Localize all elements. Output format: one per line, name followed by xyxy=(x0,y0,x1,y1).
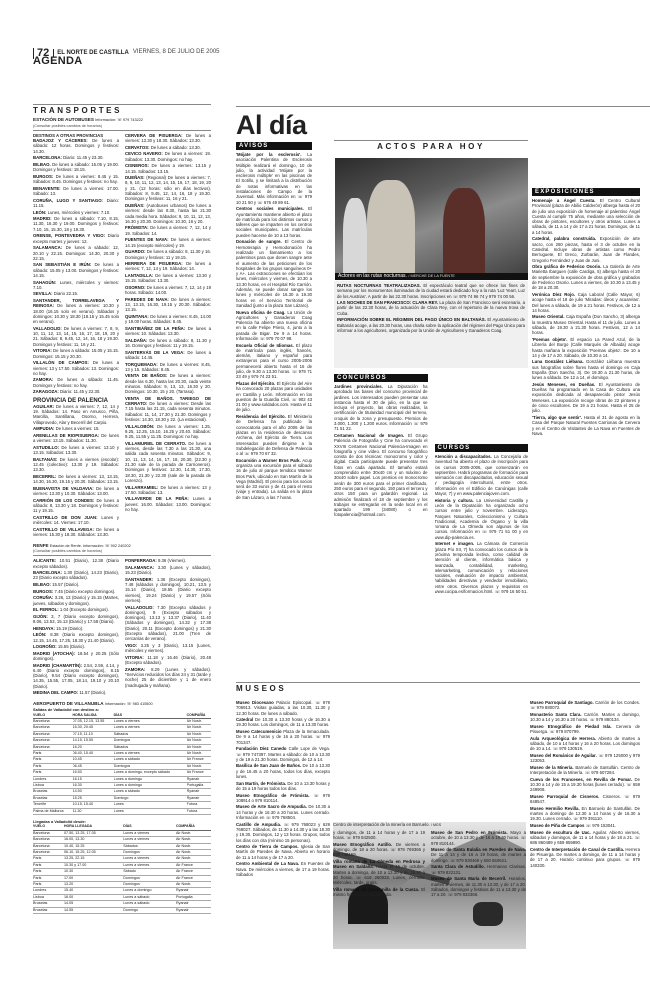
actos-photo: Actores en las rutas nocturnas. / MERCHE… xyxy=(335,158,528,280)
museo-item-title: Museo Etnográfico de Piedad Isla. xyxy=(530,724,612,729)
aviso-item-title: Nueva oficina de Coag. xyxy=(236,310,285,315)
bus-destination: VILLALOBÓN: De lunes a viernes: 1.25, 9.… xyxy=(125,424,211,440)
aviso-item-text: El plazo de matrícula para inglés, franc… xyxy=(236,343,312,380)
train-destination: SANTANDER: 1.36 (Excepto domingos), 7.48… xyxy=(125,577,211,603)
bus-destination: SALDAÑA: De lunes a sábado: 8, 11.30 y 1… xyxy=(125,338,211,349)
aviso-item: Plazas del Ejército. El Ejército del Air… xyxy=(236,381,312,413)
museo-item: Catedral De 10.30 a 13.30 horas y de 16.… xyxy=(236,717,330,728)
bus-destination: BUENAVISTA DE VALDAVIA: De lunes a viern… xyxy=(33,486,119,497)
train-destination-text: 11.57 (Diario). xyxy=(78,690,106,695)
bus-destination-title: SEVILLA: xyxy=(33,291,53,296)
museo-item-title: Fundación Díez Canedo xyxy=(236,746,287,751)
bus-destination-title: BARCELONA: xyxy=(33,155,62,160)
concurso-item: Certamen Nacional de Imagen. El Grupo Pa… xyxy=(334,433,428,518)
renfe-destinations: ALICANTE: 10.51 (Diario), 12.38 (Diario … xyxy=(33,558,211,697)
bus-list-palencia: AGUILAR: De lunes a viernes: 7, 12, 14 y… xyxy=(33,404,119,538)
bus-destination: ARENILLAS DE RIOPISUERGA: De lunes a vie… xyxy=(33,433,119,444)
exposiciones-section: EXPOSICIONES Homenaje a Ángel Cuesta. El… xyxy=(532,142,640,657)
bus-destination-title: PAREDES DE NAVA: xyxy=(125,297,169,302)
photo-figure-child xyxy=(343,198,367,280)
train-destination-title: LOGROÑO: xyxy=(33,644,57,649)
museo-item-title: Museo de San Pedro en Frómista. xyxy=(431,830,508,835)
bus-destination-title: BALTANÁS: xyxy=(33,457,57,462)
aviso-item-text: El Ejército del Aire ha convocado 20 pla… xyxy=(236,381,312,412)
bus-destination-title: GUARDO: xyxy=(125,249,146,254)
table-cell: Ryanair xyxy=(176,907,211,913)
museos-section: MUSEOS xyxy=(236,682,640,691)
bus-destination: BECERRIL: De lunes a viernes: 13, 13.15,… xyxy=(33,474,119,485)
train-destination-title: VITORIA: xyxy=(125,655,144,660)
caption-text: Actores en las rutas nocturnas. xyxy=(338,273,407,279)
bus-destination-title: BILBAO. xyxy=(33,162,51,167)
train-destination: VITORIA: 11.18 y 16.46 (Diario), 20.48 (… xyxy=(125,655,211,666)
museo-item: Museo de Piña de Campos ☏ 979 153041. xyxy=(530,823,640,828)
aviso-item: Donación de sangre. El Centro de Hemoter… xyxy=(236,239,312,308)
curso-item-text: La Concejalía de Juventud ha abierto el … xyxy=(435,454,529,496)
bus-destination-title: QUINTANA: xyxy=(125,314,149,319)
museo-item-title: Museo Diocesano xyxy=(236,700,274,705)
exposicion-item: 'Tierra, algo que sentir'. Hasta el 31 d… xyxy=(532,415,640,436)
bus-destination: VENTA DE BAÑOS. TARIEGO DE CERRATO: De l… xyxy=(125,396,211,422)
museos-col-3: Museo de San Pedro en Frómista. Mayo a o… xyxy=(431,830,526,970)
museo-item-title: Museo Parroquial de Cisneros. xyxy=(530,794,599,799)
bus-destination: GUARDO: De lunes a sábado: 8, 11.30 y 16… xyxy=(125,249,211,260)
train-destination-title: ALICANTE: xyxy=(33,558,56,563)
bus-destination-title: BENAVENTE: xyxy=(33,186,61,191)
bus-destination-title: BADAJOZ Y CÁCERES: xyxy=(33,138,88,143)
exposicion-item-title: Homenaje a Ángel Cuesta. xyxy=(532,198,595,203)
caption-text: Centro de interpretación de la minería e… xyxy=(333,822,430,827)
museo-item: Centro de Interpretación de Canal de Cas… xyxy=(530,847,640,868)
aviso-item: Nueva oficina de Coag. La Unión de Agric… xyxy=(236,310,312,342)
aviso-item-title: Centros sociales municipales. xyxy=(236,206,304,211)
bus-destination: SALAMANCA: De lunes a sábado: 12, 20.10 … xyxy=(33,245,119,261)
concurso-item-text: El Grupo Palencia de Fotografía y Cine h… xyxy=(334,433,428,517)
museo-item-text: ☏ 979 153041. xyxy=(584,823,616,828)
bus-destination-title: ORENSE, PONTEVEDRA Y VIGO: xyxy=(33,233,105,238)
aviso-item: 'Mójate por la esclerosis'. La asociació… xyxy=(236,152,312,205)
bus-destination-title: BUENAVISTA DE VALDAVIA: xyxy=(33,486,94,491)
curso-item-title: Atención a discapacitados. xyxy=(435,454,492,459)
train-destination: VIGO: 3.25 y 3 (Diario), 13.15 (Lunes, m… xyxy=(125,643,211,654)
bus-destination: DUEÑAS: (Regional) De lunes a viernes: 7… xyxy=(125,175,211,201)
table-cell: Futura xyxy=(187,808,211,814)
arrival-row: Bruselas14.55DomingoRyanair xyxy=(33,907,211,913)
train-destination-title: ZAMORA: xyxy=(125,667,145,672)
bus-destination-title: HERRERA DE PISUERGA: xyxy=(125,261,183,266)
museo-item-title: Centro Ambiental de La Nava. xyxy=(236,861,299,866)
bus-destination: QUINTANA: De lunes a viernes: 8.45, 14.0… xyxy=(125,314,211,325)
bus-destination-title: BECERRIL: xyxy=(33,474,56,479)
bus-destination-text: Lunes, miércoles y viernes: 7.10. xyxy=(46,210,110,215)
museo-item: Centro de Tierra de Campos. Iglesia de S… xyxy=(236,844,330,860)
aviso-item-title: Residencia del Ejército. xyxy=(236,414,286,419)
bus-destination: HERRERA DE PISUERGA: De lunes a viernes:… xyxy=(125,261,211,272)
bus-destination-title: SALAMANCA: xyxy=(33,245,62,250)
bus-list-provinces: BADAJOZ Y CÁCERES: De lunes a sábado: 12… xyxy=(33,138,119,394)
train-destination: CORUÑA: 3.26, 13 (Diario) y 15.15 (Marte… xyxy=(33,595,119,606)
bus-destination-title: VILLARRAMIEL: xyxy=(125,485,158,490)
bus-destination: ASTUDILLO: De lunes a viernes: 13.10 y 1… xyxy=(33,445,119,456)
train-destination-title: LEÓN: xyxy=(33,632,46,637)
bus-destination: VITORIA: De lunes a sábado: 15.05 y 15.1… xyxy=(33,348,119,359)
bus-destination: TORQUEMADA: De lunes a viernes: 8.45, 13… xyxy=(125,362,211,373)
train-destination-title: SANTANDER: xyxy=(125,577,153,582)
bus-destination: CASTRILLO DE VILLAVEGA: De lunes a viern… xyxy=(33,527,119,538)
bus-destination: DUEÑAS: (Autobuses urbanos) De lunes a v… xyxy=(125,203,211,224)
museos-col-4: Museo Parroquial de Santiago. Carrión de… xyxy=(530,700,640,972)
renfe-col-2: PONFERRADA: 9.36 (Viernes).SALAMANCA: 3.… xyxy=(125,558,211,697)
bus-destination-title: CASTRILLO DE VILLAVEGA: xyxy=(33,527,94,532)
bus-destination: CARRIÓN DE LOS CONDES: De lunes a sábado… xyxy=(33,498,119,514)
concurso-item-text: La Diputación ha aprobado las bases del … xyxy=(334,384,428,431)
bus-col-2: CERVERA DE PISUERGA: De lunes a viernes:… xyxy=(125,133,211,539)
train-destination: BILBAO: 15.57 (Diario). xyxy=(33,582,119,587)
train-destination-title: CORUÑA: xyxy=(33,595,53,600)
curso-item-title: Internet e imagen. xyxy=(435,541,475,546)
train-destination-title: MADRID (CHAMARTÍN): xyxy=(33,663,82,668)
bus-destination-title: VITORIA: xyxy=(33,348,52,353)
bus-destination-title: SANTERVÁS DE LA VEGA: xyxy=(125,350,185,355)
train-destination-title: BILBAO: xyxy=(33,582,51,587)
actos-heading: ACTOS PARA HOY xyxy=(334,144,528,149)
museo-item-title: Museo de la Minería. xyxy=(530,765,574,770)
table-cell: 11.30 xyxy=(73,808,114,814)
museo-item-title: Villa romana de Quintanilla de la Cueza. xyxy=(333,887,419,892)
bus-destination: SAN SEBASTIÁN E IRÚN: De lunes a sábado:… xyxy=(33,262,119,278)
museo-item-title: Museo Etnográfico Autillo. xyxy=(333,842,392,847)
bus-destination-title: AGUILAR: xyxy=(33,404,54,409)
exposicion-item-text: El Ayuntamiento de Dueñas ha programado … xyxy=(532,382,640,413)
acto-item-title: INFORMACIÓN SOBRE EL RÉGIMEN DEL PAGO ÚN… xyxy=(337,317,486,322)
museo-item-text: y domingos, de 11 a 14 horas y de 17 a 1… xyxy=(333,830,425,840)
museo-item: Museo de Santa María de Becerril. Horari… xyxy=(431,876,526,897)
exposicion-item-title: Obra gráfica de Federico Osorio. xyxy=(532,264,601,269)
museos-col-2: y domingos, de 11 a 14 horas y de 17 a 1… xyxy=(333,830,425,970)
acto-item: RUTAS NOCTURNAS TEATRALIZADAS. El espect… xyxy=(337,283,525,299)
bus-destination-title: SAN SEBASTIÁN E IRÚN: xyxy=(33,262,91,267)
exposicion-item: Museo Oriental. Caja España (Don Sancho,… xyxy=(532,314,640,335)
train-destination: HENDAYA: 15.19 (Diario). xyxy=(33,626,119,631)
bus-destination: CISNEROS: De lunes a viernes: 13.15 y 14… xyxy=(125,163,211,174)
bus-destination: VILLAMURIEL DE CERRATO. De lunes a viern… xyxy=(125,441,211,483)
bus-destination: CERVATOS: De lunes a sábado: 13.30. xyxy=(125,145,211,150)
bus-destination: OSORNO: De lunes a viernes: 7, 12, 14 y … xyxy=(125,285,211,296)
curso-item-text: La Cámara de Comercio (plaza Pío XII, 7)… xyxy=(435,541,529,594)
bus-destination: SANTERVÁS DE LA VEGA: De lunes a sábado:… xyxy=(125,350,211,361)
bus-destination-title: SANTIBÁÑEZ DE LA PEÑA: xyxy=(125,326,185,331)
bus-destination-title: VILLALÓN DE CAMPOS: xyxy=(33,360,89,365)
cursos-list: Atención a discapacitados. La Concejalía… xyxy=(435,454,529,644)
bus-destination: BURGOS: De lunes a viernes: 8.45 y 15. S… xyxy=(33,174,119,185)
bus-destination-title: MADRID: xyxy=(33,216,52,221)
museo-item-title: Museo Hermilio Revilla. xyxy=(530,806,580,811)
train-destination: LEÓN: 8.38 (Diario excepto domingos), 12… xyxy=(33,632,119,643)
renfe-title: RENFE xyxy=(33,543,49,548)
train-destination: SALAMANCA: 3.30 (Lunes y sábados), 15.23… xyxy=(125,565,211,576)
bus-destination-title: CEVICO NAVERO: xyxy=(125,151,163,156)
cursos-col: CURSOS Atención a discapacitados. La Con… xyxy=(435,374,529,644)
bus-destination: BALTANÁS: De lunes a viernes (escolar): … xyxy=(33,457,119,473)
bus-destination: LANTADILLA: De lunes a viernes: 13.30 y … xyxy=(125,273,211,284)
museo-item-title: Museo de escultura de Uac. xyxy=(530,830,591,835)
bus-destination-title: DUEÑAS: xyxy=(125,203,145,208)
aviso-item: Residencia del Ejército. El Ministerio d… xyxy=(236,414,312,456)
museo-item-text: De 11 a 14 y de 16 a 19 horas, de martes… xyxy=(431,852,526,862)
bus-destination-title: VILLAMURIEL DE CERRATO. xyxy=(125,441,186,446)
bus-destination-title: ASTUDILLO: xyxy=(33,445,59,450)
bus-destination: CORUÑA, LUGO Y SANTIAGO: Diario: 11.15. xyxy=(33,198,119,209)
bus-destination: BADAJOZ Y CÁCERES: De lunes a sábado: 12… xyxy=(33,138,119,154)
train-destination-text: 15.55 (Diario). xyxy=(57,644,85,649)
train-destination-title: MEDINA DEL CAMPO: xyxy=(33,690,78,695)
bus-destination: VILLALÓN DE CAMPOS: De lunes a viernes: … xyxy=(33,360,119,376)
train-destination-text: 1.04 (Excepto domingos). xyxy=(59,607,109,612)
avisos-heading: AVISOS xyxy=(236,142,312,150)
bus-destination-title: ZAMORA: xyxy=(33,377,53,382)
museo-item-title: Monasterio Santa Clara. xyxy=(530,712,582,717)
curso-item-title: Historia y cultura. xyxy=(435,498,474,503)
museo-item: Museo de la Minería. Barruelo de Santull… xyxy=(530,765,640,776)
al-dia-rule xyxy=(236,106,650,107)
exposicion-item: Luna González Liébana. González Liébana … xyxy=(532,359,640,380)
concursos-col: CONCURSOS Jardines provinciales. La Dipu… xyxy=(334,374,428,644)
museos-photo-caption: Centro de interpretación de la minería e… xyxy=(333,822,526,828)
bus-destination-text: De lunes a viernes, desde las 7.30 a las… xyxy=(125,441,211,483)
museo-item: Museo de Arte Sacro de Ampudia. De 10.30… xyxy=(236,804,330,820)
exposicion-item: 'Poemas objeto'. El espacio La Pared Azu… xyxy=(532,337,640,358)
museos-heading: MUSEOS xyxy=(236,686,640,691)
museo-item-title: Catedral xyxy=(236,717,253,722)
train-destination-title: MADRID (ATOCHA): xyxy=(33,651,75,656)
bus-destination: LEÓN: Lunes, miércoles y viernes: 7.10. xyxy=(33,210,119,215)
museo-item-title: Castillo de Ampudia. xyxy=(236,822,281,827)
bus-destination: VILLAVERDE DE LA PEÑA: Lunes a jueves: 1… xyxy=(125,496,211,512)
bus-destination: VALLADOLID: De lunes a viernes: 7, 8, 9,… xyxy=(33,326,119,347)
museo-item: Museo Hermilio Revilla. En Barruelo de S… xyxy=(530,806,640,822)
curso-item: Atención a discapacitados. La Concejalía… xyxy=(435,454,529,496)
museos-col-1: Museo Diocesano Palacio Episcopal. ☏ 979… xyxy=(236,700,330,972)
museo-item-title: Santa Clara de Astudillo. xyxy=(431,864,485,869)
museo-item: Museo Etnográfico de Piedad Isla. Cerver… xyxy=(530,724,640,735)
aviso-item: Escuela Oficial de Idiomas. El plazo de … xyxy=(236,343,312,380)
aviso-item: Excursión a Warner Bros Park. Acup organ… xyxy=(236,458,312,500)
train-destination: VALLADOLID: 7.30 (Excepto sábados y domi… xyxy=(125,605,211,642)
photo-credit: / MGS xyxy=(431,823,441,827)
bus-destination: PAREDES DE NAVA: De lunes a viernes: 13,… xyxy=(125,297,211,313)
bus-destination-title: CERVERA DE PISUERGA: xyxy=(125,133,183,138)
concurso-item-title: Jardines provinciales. xyxy=(334,384,383,389)
museo-item: Centro Ambiental de La Nava. En Fuentes … xyxy=(236,861,330,877)
actos-photo-caption: Actores en las rutas nocturnas. / MERCHE… xyxy=(335,273,528,280)
train-destination: PONFERRADA: 9.36 (Viernes). xyxy=(125,558,211,563)
bus-destination: FUENTES DE NAVA: De lunes a viernes: 14.… xyxy=(125,237,211,248)
departure-row: Palma de Mallorca11.30LunesFutura xyxy=(33,808,211,814)
museo-item-title: Cueva de los Franceses, en Revilla de Po… xyxy=(530,777,632,782)
train-destination: MADRID (CHAMARTÍN): 2.54, 2.59, 4.14, y … xyxy=(33,663,119,689)
train-destination-title: VALLADOLID: xyxy=(125,605,154,610)
train-destination: ZAMORA: 8.29 (Lunes y sábados). *Servici… xyxy=(125,667,211,688)
museo-item: Cueva de los Franceses, en Revilla de Po… xyxy=(530,777,640,793)
avisos-list: 'Mójate por la esclerosis'. La asociació… xyxy=(236,152,312,500)
exposicion-item-title: 'Poemas objeto'. xyxy=(532,337,568,342)
train-destination: GIJÓN: 3, 7 (Diario excepto domingos), 8… xyxy=(33,614,119,625)
exposicion-item-title: Jesús Meneses, en Dueñas. xyxy=(532,382,595,387)
museo-item-title: San Martín, de Frómista. xyxy=(236,781,286,786)
renfe-col-1: ALICANTE: 10.51 (Diario), 12.38 (Diario … xyxy=(33,558,119,697)
table-cell: Domingo xyxy=(123,907,176,913)
section-title: AGENDA xyxy=(33,59,82,64)
al-dia-title: Al día xyxy=(236,110,307,140)
train-destination-text: 7.45 (Diario excepto domingos). xyxy=(53,589,115,594)
bus-destination-title: TORQUEMADA: xyxy=(125,362,158,367)
exposicion-item-title: Luna González Liébana. xyxy=(532,359,584,364)
exposiciones-heading: EXPOSICIONES xyxy=(532,188,640,196)
train-destination: ALICANTE: 10.51 (Diario), 12.38 (Diario … xyxy=(33,558,119,569)
museo-item-title: Museo de Santa María de Becerril. xyxy=(431,876,506,881)
museo-item: Museo de San Pedro en Frómista. Mayo a o… xyxy=(431,830,526,846)
train-destination-title: SALAMANCA: xyxy=(125,565,154,570)
bus-destination-text: De lunes a sábado: 13.30. xyxy=(150,145,201,150)
bus-destination: SANTANDER, TORRELAVEGA Y REINOSA: De lun… xyxy=(33,298,119,324)
bus-station-info: Información: ☏ 979 743222 xyxy=(95,118,143,122)
bus-destination: SEVILLA: Diario 22.15. xyxy=(33,291,119,296)
museo-item: Museo Parroquial de Santiago. Carrión de… xyxy=(530,700,640,711)
acto-item-title: LAS NOCHES DE SAN FRANCISCO: CLARA REY. xyxy=(337,300,438,305)
bus-col-1: DESTINOS A OTRAS PROVINCIAS BADAJOZ Y CÁ… xyxy=(33,133,119,539)
museo-item: Monasterio Santa Clara. Carrión. Martes … xyxy=(530,712,640,723)
exposicion-item: Catedral, palabra construida. Exposición… xyxy=(532,236,640,262)
train-destination-text: 7.30 (Excepto sábados y domingos), 9 (Ex… xyxy=(125,605,211,642)
actos-list: RUTAS NOCTURNAS TEATRALIZADAS. El espect… xyxy=(334,281,528,368)
museo-item-title: Museo Parroquial de Santiago. xyxy=(530,700,594,705)
airport-title: AEROPUERTO DE VILLANUBLA xyxy=(33,701,104,706)
aviso-item-title: Escuela Oficial de Idiomas. xyxy=(236,343,294,348)
exposicion-item: Verónica Díez Rojo. Caja Laboral (Calle … xyxy=(532,292,640,313)
bus-destination: VENTA DE BAÑOS: De lunes a viernes: desd… xyxy=(125,373,211,394)
airport-info: Información: ☏ 983 415500 xyxy=(105,702,153,706)
bus-station-title: ESTACIÓN DE AUTOBUSES xyxy=(33,117,94,122)
bus-destinations: DESTINOS A OTRAS PROVINCIAS BADAJOZ Y CÁ… xyxy=(33,133,211,539)
museo-item-title: Museo Etnográfico de Frómista. xyxy=(236,793,310,798)
renfe-info: Estación de Renfe. Información: ☏ 902 24… xyxy=(50,544,131,548)
train-destination-text: 3.25 y 3 (Diario), 13.15 (Lunes, miércol… xyxy=(125,643,211,653)
bus-destination-title: VALLADOLID: xyxy=(33,326,62,331)
cursos-continued xyxy=(532,142,640,188)
bus-destination-text: De lunes a viernes: 15. xyxy=(54,426,99,431)
bus-destination: FRÓMISTA: De lunes a viernes: 7, 12, 14 … xyxy=(125,225,211,236)
departures-table: VUELOHORA SALIDADÍASCOMPAÑÍA Barcelona07… xyxy=(33,713,211,816)
aviso-item-text: El Ayuntamiento mantiene abierto el plaz… xyxy=(236,206,312,237)
exposicion-item: Jesús Meneses, en Dueñas. El Ayuntamient… xyxy=(532,382,640,414)
aviso-item-text: La asociación Palentina de Esclerosis Mú… xyxy=(236,152,312,205)
exposicion-item-title: 'Tierra, algo que sentir'. xyxy=(532,415,582,420)
bus-destination-title: CASTRILLO DE DON JUAN: xyxy=(33,515,98,520)
train-destination-title: BURGOS: xyxy=(33,589,53,594)
train-destination-text: 9.36 (Viernes). xyxy=(157,558,186,563)
aviso-item-text: Acup organiza una excursión para el sába… xyxy=(236,458,312,500)
train-destination-title: VIGO: xyxy=(125,643,137,648)
bus-destination-title: FUENTES DE NAVA: xyxy=(125,237,169,242)
exposicion-item: Obra gráfica de Federico Osorio. La Gale… xyxy=(532,264,640,290)
exposiciones-list: Homenaje a Ángel Cuesta. El Centro Cultu… xyxy=(532,198,640,436)
table-cell: Lunes xyxy=(114,808,187,814)
bus-destination: BILBAO. De lunes a sábado: 15.05 y 19.00… xyxy=(33,162,119,173)
museo-item: Museo Parroquial de Cisneros. Cisneros. … xyxy=(530,794,640,805)
museo-item-title: Basílica de San Juan de Baños. xyxy=(236,763,301,768)
train-destination-text: 15.19 (Diario). xyxy=(55,626,83,631)
train-destination-text: 8.38 (Diario excepto domingos), 12.15, 1… xyxy=(33,632,119,642)
museo-item: Basílica de San Juan de Baños. De 10 a 1… xyxy=(236,763,330,779)
museo-item: San Martín, de Frómista. De 10 a 13.30 h… xyxy=(236,781,330,792)
aviso-item-title: Excursión a Warner Bros Park. xyxy=(236,458,301,463)
bus-destination-title: AMPUDIA: xyxy=(33,426,54,431)
museo-item: Castillo de Ampudia. ☏ 979 768023 y 629 … xyxy=(236,822,330,843)
curso-item: Internet e imagen. La Cámara de Comercio… xyxy=(435,541,529,594)
aviso-item-text: La Unión de Agricultores y Ganaderos Coa… xyxy=(236,310,312,341)
actos-section: ACTOS PARA HOY xyxy=(334,140,528,149)
museo-item-title: Centro de Interpretación de Canal de Cas… xyxy=(530,847,624,852)
museo-item: Santa Clara de Astudillo. Hermanas Clari… xyxy=(431,864,526,875)
table-cell: Bruselas xyxy=(33,907,64,913)
museo-item: Fundación Díez Canedo Calle Lope de Vega… xyxy=(236,746,330,762)
museo-item-title: Museo de Arte Sacro de Ampudia. xyxy=(236,804,307,809)
museo-item: Aula Arqueológica de Herrera. Abierto de… xyxy=(530,736,640,752)
bus-destination: CASTRILLO DE DON JUAN: Lunes y miércoles… xyxy=(33,515,119,526)
museo-item-title: Centro de Tierra de Campos. xyxy=(236,844,299,849)
avisos-section: AVISOS 'Mójate por la esclerosis'. La as… xyxy=(236,142,312,657)
bus-destination: MADRID: De lunes a sábado: 7.10, 8.15, 1… xyxy=(33,216,119,232)
photo-figure-man xyxy=(443,188,485,280)
train-destination-title: EL FERROL: xyxy=(33,607,59,612)
bus-destination-text: Diario: 11.45 y 22.30. xyxy=(59,389,101,394)
bus-destination-title: ZARAGOZA: xyxy=(33,389,59,394)
table-cell: 14.55 xyxy=(64,907,123,913)
bus-destination-title: LANTADILLA: xyxy=(125,273,153,278)
train-destination-title: HENDAYA: xyxy=(33,626,55,631)
exposicion-item-text: El Centro Cultural Provincial (plaza de … xyxy=(532,198,640,235)
bus-station-note: (Consultar posibles cambios de horarios) xyxy=(33,124,211,131)
bus-destination-title: ARENILLAS DE RIOPISUERGA: xyxy=(33,433,99,438)
bus-destination: SANTIBÁÑEZ DE LA PEÑA: De lunes a vierne… xyxy=(125,326,211,337)
renfe-note: (Consultar posibles cambios de horarios) xyxy=(33,549,211,556)
aviso-item-title: Donación de sangre. xyxy=(236,239,282,244)
concurso-item-title: Certamen Nacional de Imagen. xyxy=(334,433,404,438)
concursos-list: Jardines provinciales. La Diputación ha … xyxy=(334,384,428,644)
bus-destination-title: DUEÑAS: xyxy=(125,175,145,180)
concursos-heading: CONCURSOS xyxy=(334,374,428,382)
train-destination: MEDINA DEL CAMPO: 11.57 (Diario). xyxy=(33,690,119,695)
museo-item: Museo del Románico de Aguilar. ☏ 979 125… xyxy=(530,753,640,764)
bus-destination-title: CISNEROS: xyxy=(125,163,149,168)
bus-destination: BARCELONA: Diario: 11.45 y 23.30. xyxy=(33,155,119,160)
exposicion-item-title: Verónica Díez Rojo. xyxy=(532,292,575,297)
bus-destination: ZARAGOZA: Diario: 11.45 y 22.30. xyxy=(33,389,119,394)
bus-destination-title: SALDAÑA: xyxy=(125,338,147,343)
aviso-item-title: 'Mójate por la esclerosis'. xyxy=(236,152,302,157)
museo-item: Museo Diocesano Palacio Episcopal. ☏ 979… xyxy=(236,700,330,716)
cursos-heading: CURSOS xyxy=(435,444,529,452)
bus-destination: VILLARRAMIEL: De lunes a viernes: 13 y 1… xyxy=(125,485,211,496)
bus-destination-title: OSORNO: xyxy=(125,285,146,290)
museo-item-title: Museo Catecumenicio xyxy=(236,729,282,734)
transportes-heading: TRANSPORTES xyxy=(33,108,211,113)
museo-item: Villa romana de Quintanilla de la Cueza.… xyxy=(333,887,425,898)
train-destination: LOGROÑO: 15.55 (Diario). xyxy=(33,644,119,649)
train-destination: MADRID (ATOCHA): 18.54 y 20.25 (Sólo dom… xyxy=(33,651,119,662)
museo-item: Museo de Santa Eulalia en Paredes de Nav… xyxy=(431,847,526,863)
bus-destination-title: VENTA DE BAÑOS: xyxy=(125,373,167,378)
